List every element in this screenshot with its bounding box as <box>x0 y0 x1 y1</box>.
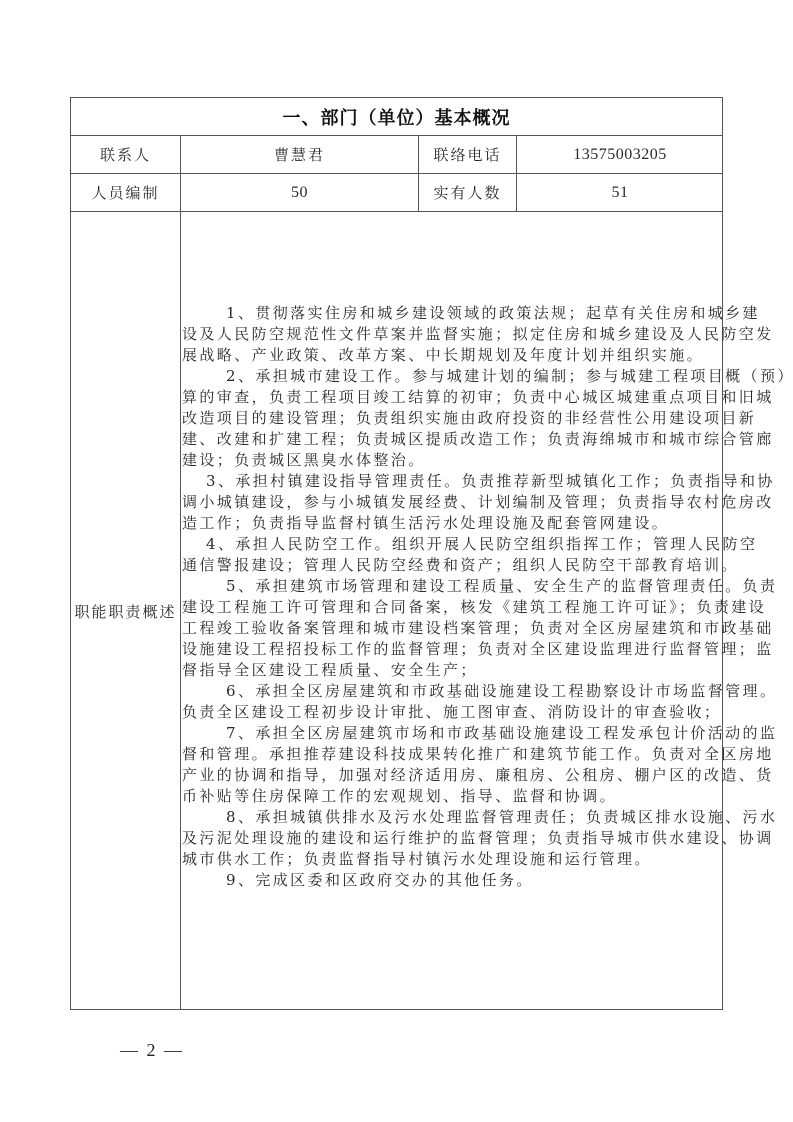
duties-line: 建设；负责城区黑臭水体整治。 <box>182 450 723 471</box>
duties-line: 改造项目的建设管理；负责组织实施由政府投资的非经营性公用建设项目新 <box>182 408 723 429</box>
staff-quota-value: 50 <box>181 174 418 211</box>
duties-line: 负责全区建设工程初步设计审批、施工图审查、消防设计的审查验收； <box>182 702 723 723</box>
contact-label: 联系人 <box>71 136 180 173</box>
duties-line: 产业的协调和指导，加强对经济适用房、廉租房、公租房、棚户区的改造、货 <box>182 765 723 786</box>
duties-line: 建设工程施工许可管理和合同备案，核发《建筑工程施工许可证》；负责建设 <box>182 597 723 618</box>
table-title: 一、部门（单位）基本概况 <box>71 98 722 136</box>
column-divider <box>180 135 181 1010</box>
duties-line: 调小城镇建设，参与小城镇发展经费、计划编制及管理；负责指导农村危房改 <box>182 492 723 513</box>
department-overview-table: 一、部门（单位）基本概况 联系人 曹慧君 联络电话 13575003205 人员… <box>70 97 723 1010</box>
duties-line: 设及人民防空规范性文件草案并监督实施；拟定住房和城乡建设及人民防空发 <box>182 324 723 345</box>
duties-line: 6、承担全区房屋建筑和市政基础设施建设工程勘察设计市场监督管理。 <box>182 681 723 702</box>
duties-line: 造工作；负责指导监督村镇生活污水处理设施及配套管网建设。 <box>182 513 723 534</box>
duties-line: 展战略、产业政策、改革方案、中长期规划及年度计划并组织实施。 <box>182 345 723 366</box>
duties-label: 职能职责概述 <box>71 212 180 1010</box>
contact-value: 曹慧君 <box>181 136 418 173</box>
actual-staff-value: 51 <box>517 174 723 211</box>
duties-line: 设施建设工程招投标工作的监督管理；负责对全区建设监理进行监督管理；监 <box>182 639 723 660</box>
duties-line: 7、承担全区房屋建筑市场和市政基础设施建设工程发承包计价活动的监 <box>182 723 723 744</box>
duties-line: 算的审查，负责工程项目竣工结算的初审；负责中心城区城建重点项目和旧城 <box>182 387 723 408</box>
duties-line: 2、承担城市建设工作。参与城建计划的编制；参与城建工程项目概（预） <box>182 366 723 387</box>
duties-description: 1、贯彻落实住房和城乡建设领域的政策法规；起草有关住房和城乡建设及人民防空规范性… <box>182 303 723 891</box>
phone-value: 13575003205 <box>517 136 723 173</box>
duties-line: 督和管理。承担推荐建设科技成果转化推广和建筑节能工作。负责对全区房地 <box>182 744 723 765</box>
page-number: — 2 — <box>120 1040 184 1061</box>
duties-line: 8、承担城镇供排水及污水处理监督管理责任；负责城区排水设施、污水 <box>182 807 723 828</box>
document-page: 一、部门（单位）基本概况 联系人 曹慧君 联络电话 13575003205 人员… <box>0 0 793 1122</box>
duties-line: 建、改建和扩建工程；负责城区提质改造工作；负责海绵城市和城市综合管廊 <box>182 429 723 450</box>
duties-line: 通信警报建设；管理人民防空经费和资产；组织人民防空干部教育培训。 <box>182 555 723 576</box>
staff-quota-label: 人员编制 <box>71 174 180 211</box>
duties-line: 4、承担人民防空工作。组织开展人民防空组织指挥工作；管理人民防空 <box>182 534 723 555</box>
duties-line: 工程竣工验收备案管理和城市建设档案管理；负责对全区房屋建筑和市政基础 <box>182 618 723 639</box>
duties-line: 1、贯彻落实住房和城乡建设领域的政策法规；起草有关住房和城乡建 <box>182 303 723 324</box>
duties-line: 及污泥处理设施的建设和运行维护的监督管理；负责指导城市供水建设、协调 <box>182 828 723 849</box>
duties-line: 5、承担建筑市场管理和建设工程质量、安全生产的监督管理责任。负责 <box>182 576 723 597</box>
duties-line: 3、承担村镇建设指导管理责任。负责推荐新型城镇化工作；负责指导和协 <box>182 471 723 492</box>
duties-line: 9、完成区委和区政府交办的其他任务。 <box>182 870 723 891</box>
duties-line: 币补贴等住房保障工作的宏观规划、指导、监督和协调。 <box>182 786 723 807</box>
duties-line: 督指导全区建设工程质量、安全生产； <box>182 660 723 681</box>
actual-staff-label: 实有人数 <box>419 174 516 211</box>
duties-line: 城市供水工作；负责监督指导村镇污水处理设施和运行管理。 <box>182 849 723 870</box>
phone-label: 联络电话 <box>419 136 516 173</box>
